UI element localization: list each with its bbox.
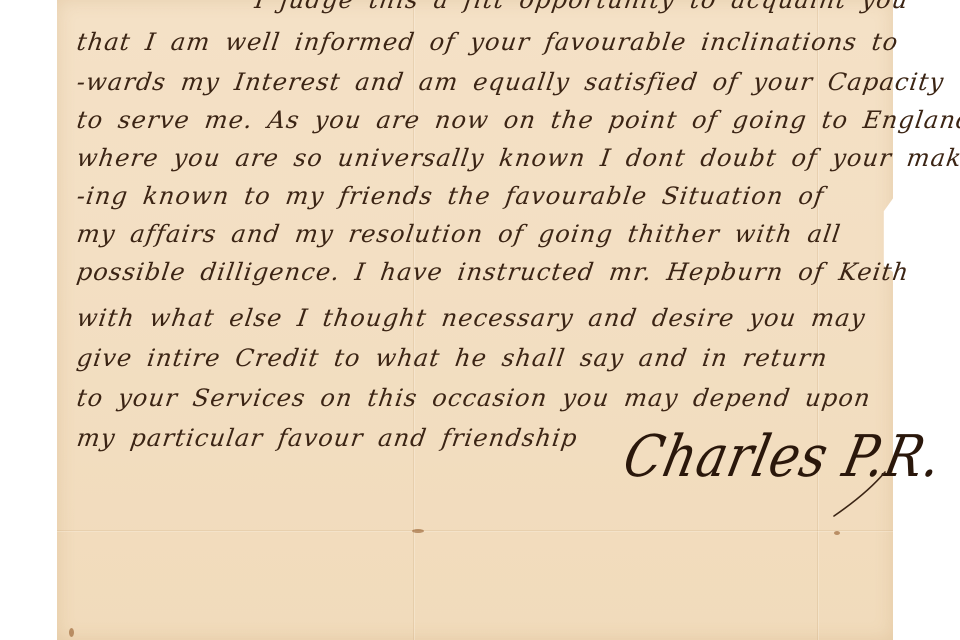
letter-line: give intire Credit to what he shall say … <box>75 344 830 372</box>
letter-line: that I am well informed of your favourab… <box>75 28 900 56</box>
letter-line: to your Services on this occasion you ma… <box>75 384 873 412</box>
letter-line: possible dilligence. I have instructed m… <box>75 258 911 286</box>
letter-line: -wards my Interest and am equally satisf… <box>75 68 946 96</box>
letter-image: I judge this a fitt opportunity to acqua… <box>0 0 960 640</box>
letter-line: with what else I thought necessary and d… <box>75 304 868 332</box>
signature-flourish-icon <box>830 470 890 520</box>
letter-line: my affairs and my resolution of going th… <box>75 220 843 248</box>
letter-line: I judge this a fitt opportunity to acqua… <box>253 0 911 14</box>
ink-spot <box>412 529 424 533</box>
signature: Charles P.R. <box>618 423 948 490</box>
fold-line-horizontal <box>57 530 893 532</box>
ink-spot <box>834 531 840 535</box>
letter-line: -ing known to my friends the favourable … <box>75 182 826 210</box>
stain-spot <box>69 628 74 637</box>
letter-line: to serve me. As you are now on the point… <box>75 106 960 134</box>
letter-line: where you are so universally known I don… <box>75 144 960 172</box>
letter-line: my particular favour and friendship <box>75 424 580 452</box>
